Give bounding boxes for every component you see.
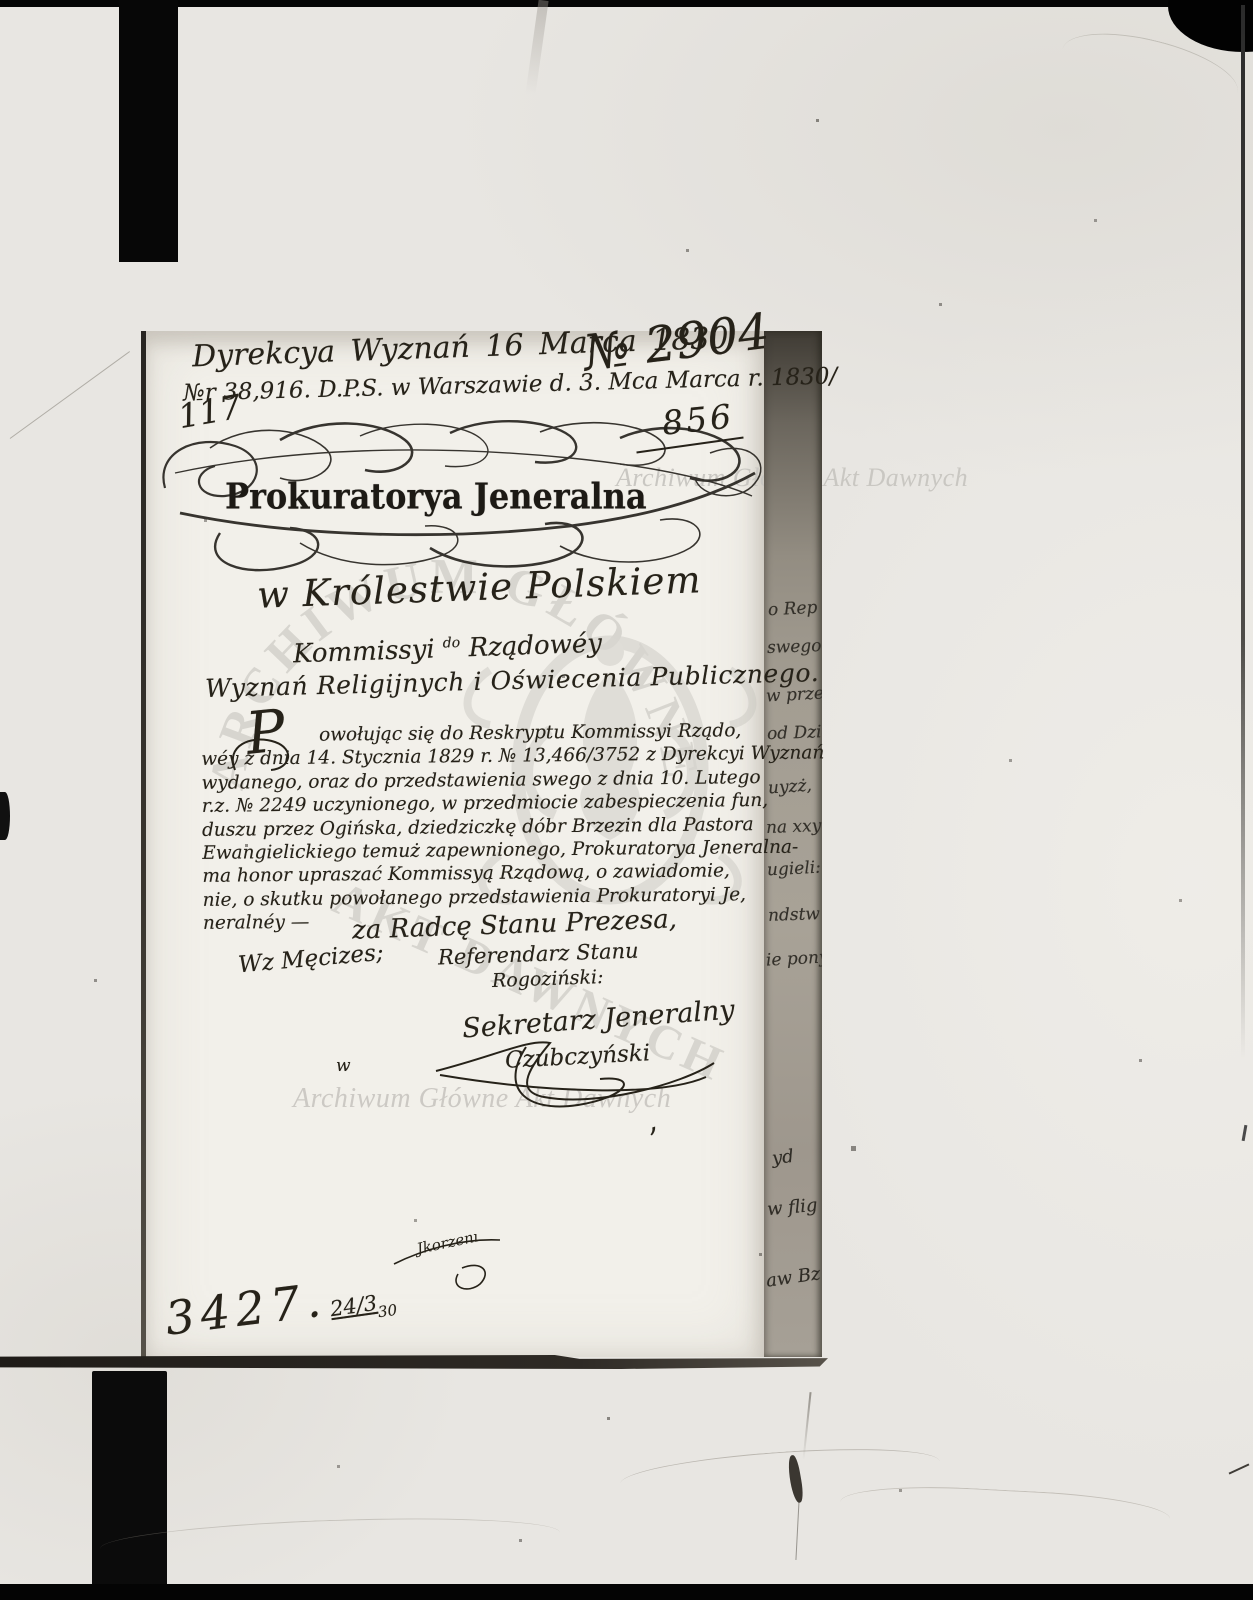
archival-scan-canvas: ARCHIWUM GŁÓWNE AKT DAWNYCH Archiwum Głó… <box>0 0 1253 1600</box>
bleed-fragment: yd <box>771 1146 795 1169</box>
bleed-fragment: uyzż, <box>767 775 812 798</box>
bleed-fragment: w flig <box>766 1195 818 1220</box>
page-left-fold-line <box>141 331 146 1357</box>
page-bottom-edge <box>0 1355 828 1369</box>
closing-referendarz-name: Rogoziński: <box>492 966 604 992</box>
archive-watermark-bottom: Archiwum Główne Akt Dawnych <box>293 1083 671 1115</box>
dust-specks <box>0 0 1 1</box>
edge-hook <box>1229 1463 1250 1474</box>
edge-tick <box>1242 1125 1248 1141</box>
bleed-fragment: swego <box>767 636 822 658</box>
film-streak <box>525 0 548 95</box>
small-w-mark: w <box>336 1056 351 1076</box>
docket-date-year: 30 <box>377 1301 398 1321</box>
bleed-fragment: ndstw <box>768 904 821 926</box>
address-line1b-word: Rządowéy <box>468 629 602 664</box>
bleed-fragment: aw Bz <box>765 1263 822 1291</box>
scratch-line <box>10 351 130 439</box>
bleed-fragment: na xxy <box>766 816 822 838</box>
address-superscript: do <box>442 635 460 652</box>
frame-left-edge-mark <box>0 792 10 840</box>
bleed-fragment: ugieli: <box>767 858 822 881</box>
body-paragraph: owołując się do Reskryptu Kommissyi Rząd… <box>201 719 755 935</box>
paper-crease <box>99 1512 560 1569</box>
address-line1-word: Kommissyi <box>293 634 436 669</box>
frame-right-edge-line <box>1241 5 1245 1060</box>
paper-crease <box>839 1481 1171 1549</box>
frame-top-left-bar <box>119 0 178 262</box>
bleed-fragment: od Dzie <box>767 722 822 744</box>
frame-bottom-edge <box>0 1584 1253 1600</box>
bleed-fragment: ie pony <box>766 947 822 970</box>
page-top-shadow-band <box>48 256 810 334</box>
letterhead-title: Prokuratorya Jeneralna <box>225 475 585 518</box>
registry-number-small: 856 <box>660 396 736 442</box>
ink-blot-tail <box>795 1500 799 1560</box>
bleed-fragment: o Rep <box>768 598 818 621</box>
frame-top-edge <box>0 0 1253 7</box>
